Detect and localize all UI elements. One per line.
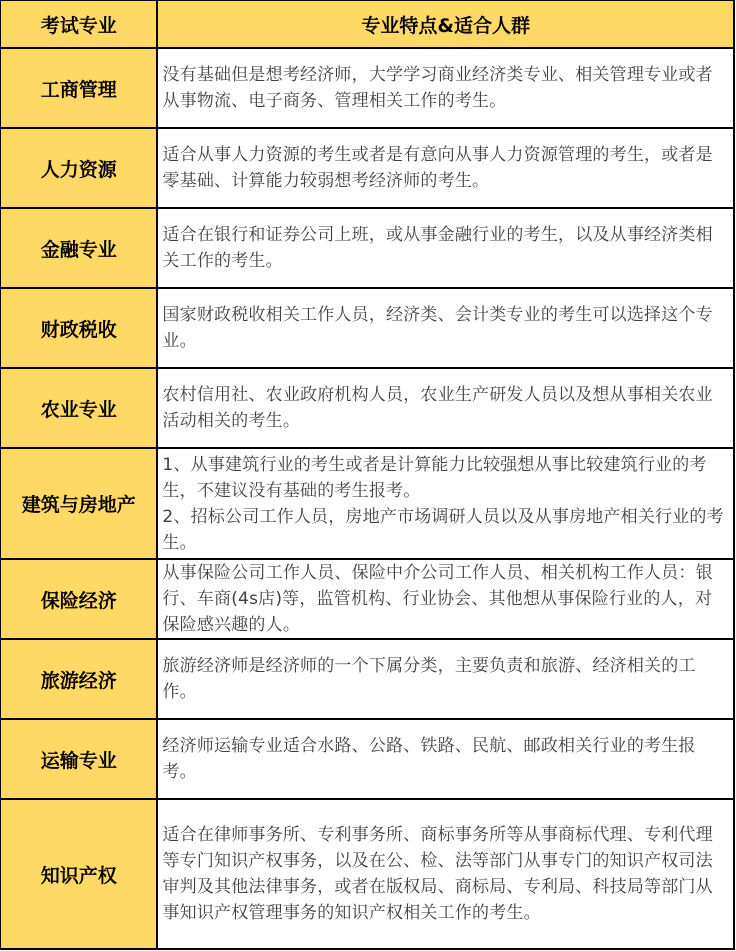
major-comparison-table: 考试专业 专业特点&适合人群 工商管理没有基础但是想考经济师，大学学习商业经济类…	[0, 0, 735, 950]
major-description-cell: 适合从事人力资源的考生或者是有意向从事人力资源管理的考生，或者是零基础、计算能力…	[157, 128, 734, 208]
description-line: 2、招标公司工作人员，房地产市场调研人员以及从事房地产相关行业的考生。	[162, 504, 727, 556]
table-row: 保险经济从事保险公司工作人员、保险中介公司工作人员、相关机构工作人员：银行、车商…	[0, 559, 734, 639]
table-row: 建筑与房地产1、从事建筑行业的考生或者是计算能力比较强想从事比较建筑行业的考生，…	[0, 448, 734, 559]
major-name-cell: 建筑与房地产	[0, 448, 157, 559]
major-name-cell: 金融专业	[0, 208, 157, 288]
description-line: 旅游经济师是经济师的一个下属分类，主要负责和旅游、经济相关的工作。	[162, 653, 727, 705]
description-line: 从事保险公司工作人员、保险中介公司工作人员、相关机构工作人员：银行、车商(4s店…	[162, 560, 727, 638]
major-description-cell: 旅游经济师是经济师的一个下属分类，主要负责和旅游、经济相关的工作。	[157, 639, 734, 719]
table-header-row: 考试专业 专业特点&适合人群	[0, 0, 734, 48]
major-name-cell: 知识产权	[0, 799, 157, 949]
major-name-cell: 旅游经济	[0, 639, 157, 719]
table-row: 农业专业农村信用社、农业政府机构人员，农业生产研发人员以及想从事相关农业活动相关…	[0, 368, 734, 448]
description-line: 农村信用社、农业政府机构人员，农业生产研发人员以及想从事相关农业活动相关的考生。	[162, 382, 727, 434]
table-body: 工商管理没有基础但是想考经济师，大学学习商业经济类专业、相关管理专业或者从事物流…	[0, 48, 734, 949]
major-description-cell: 适合在律师事务所、专利事务所、商标事务所等从事商标代理、专利代理等专门知识产权事…	[157, 799, 734, 949]
major-name-cell: 人力资源	[0, 128, 157, 208]
table-row: 旅游经济旅游经济师是经济师的一个下属分类，主要负责和旅游、经济相关的工作。	[0, 639, 734, 719]
description-line: 没有基础但是想考经济师，大学学习商业经济类专业、相关管理专业或者从事物流、电子商…	[162, 62, 727, 114]
description-line: 适合在银行和证券公司上班，或从事金融行业的考生，以及从事经济类相关工作的考生。	[162, 222, 727, 274]
table-row: 人力资源适合从事人力资源的考生或者是有意向从事人力资源管理的考生，或者是零基础、…	[0, 128, 734, 208]
description-line: 适合从事人力资源的考生或者是有意向从事人力资源管理的考生，或者是零基础、计算能力…	[162, 142, 727, 194]
header-major: 考试专业	[0, 0, 157, 48]
major-name-cell: 保险经济	[0, 559, 157, 639]
major-name-cell: 运输专业	[0, 719, 157, 799]
description-line: 国家财政税收相关工作人员，经济类、会计类专业的考生可以选择这个专业。	[162, 302, 727, 354]
major-description-cell: 国家财政税收相关工作人员，经济类、会计类专业的考生可以选择这个专业。	[157, 288, 734, 368]
major-description-cell: 经济师运输专业适合水路、公路、铁路、民航、邮政相关行业的考生报考。	[157, 719, 734, 799]
major-description-cell: 农村信用社、农业政府机构人员，农业生产研发人员以及想从事相关农业活动相关的考生。	[157, 368, 734, 448]
major-description-cell: 1、从事建筑行业的考生或者是计算能力比较强想从事比较建筑行业的考生，不建议没有基…	[157, 448, 734, 559]
major-description-cell: 从事保险公司工作人员、保险中介公司工作人员、相关机构工作人员：银行、车商(4s店…	[157, 559, 734, 639]
table-row: 工商管理没有基础但是想考经济师，大学学习商业经济类专业、相关管理专业或者从事物流…	[0, 48, 734, 128]
header-description: 专业特点&适合人群	[157, 0, 734, 48]
table-row: 知识产权适合在律师事务所、专利事务所、商标事务所等从事商标代理、专利代理等专门知…	[0, 799, 734, 949]
major-name-cell: 农业专业	[0, 368, 157, 448]
description-line: 1、从事建筑行业的考生或者是计算能力比较强想从事比较建筑行业的考生，不建议没有基…	[162, 452, 727, 504]
major-description-cell: 没有基础但是想考经济师，大学学习商业经济类专业、相关管理专业或者从事物流、电子商…	[157, 48, 734, 128]
table-row: 金融专业适合在银行和证券公司上班，或从事金融行业的考生，以及从事经济类相关工作的…	[0, 208, 734, 288]
major-name-cell: 财政税收	[0, 288, 157, 368]
table-row: 财政税收国家财政税收相关工作人员，经济类、会计类专业的考生可以选择这个专业。	[0, 288, 734, 368]
major-description-cell: 适合在银行和证券公司上班，或从事金融行业的考生，以及从事经济类相关工作的考生。	[157, 208, 734, 288]
major-name-cell: 工商管理	[0, 48, 157, 128]
description-line: 经济师运输专业适合水路、公路、铁路、民航、邮政相关行业的考生报考。	[162, 733, 727, 785]
table-row: 运输专业经济师运输专业适合水路、公路、铁路、民航、邮政相关行业的考生报考。	[0, 719, 734, 799]
description-line: 适合在律师事务所、专利事务所、商标事务所等从事商标代理、专利代理等专门知识产权事…	[162, 822, 727, 926]
